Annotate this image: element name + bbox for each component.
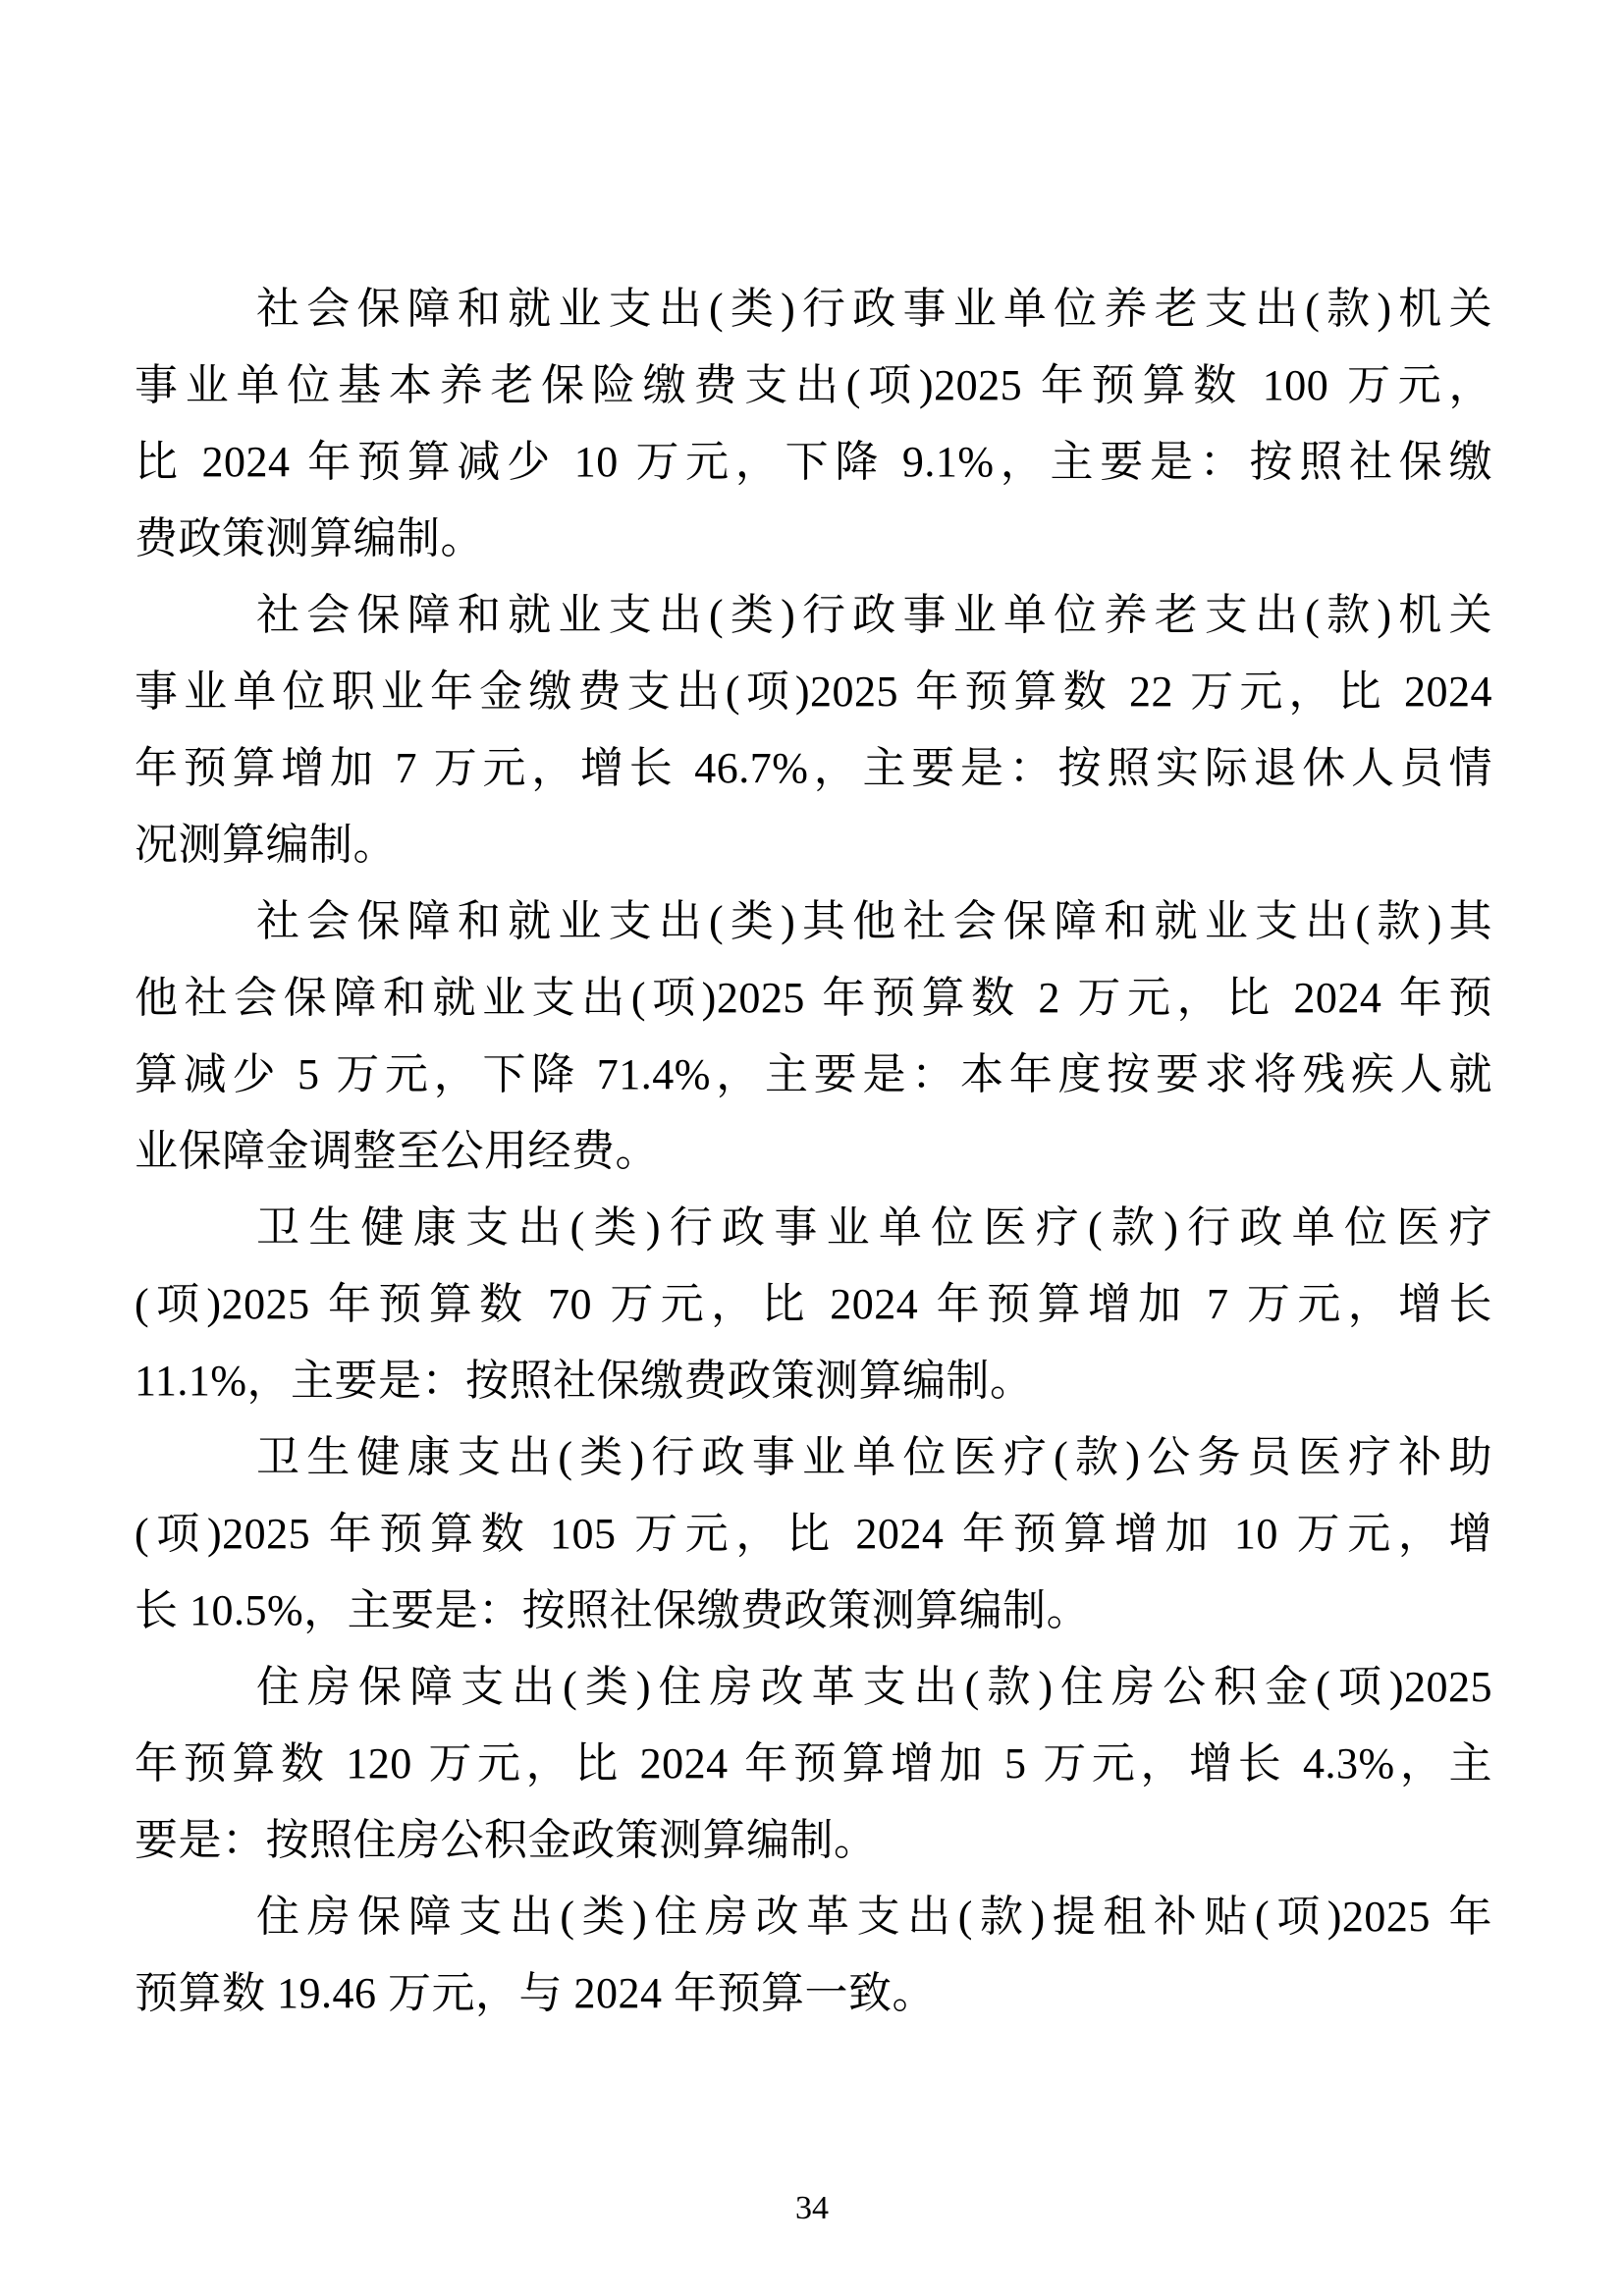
text-line: 事业单位基本养老保险缴费支出(项)2025 年预算数 100 万元， bbox=[135, 347, 1492, 424]
text-line: 社会保障和就业支出(类)行政事业单位养老支出(款)机关 bbox=[135, 577, 1492, 654]
text-line: 住房保障支出(类)住房改革支出(款)提租补贴(项)2025 年 bbox=[135, 1879, 1492, 1955]
page-footer: 34 bbox=[0, 2187, 1624, 2230]
document-page: 社会保障和就业支出(类)行政事业单位养老支出(款)机关事业单位基本养老保险缴费支… bbox=[0, 0, 1624, 2296]
text-line: 预算数 19.46 万元，与 2024 年预算一致。 bbox=[135, 1955, 1492, 2032]
text-line: 比 2024 年预算减少 10 万元，下降 9.1%，主要是：按照社保缴 bbox=[135, 424, 1492, 501]
text-line: 社会保障和就业支出(类)行政事业单位养老支出(款)机关 bbox=[135, 271, 1492, 347]
paragraph: 卫生健康支出(类)行政事业单位医疗(款)公务员医疗补助(项)2025 年预算数 … bbox=[135, 1419, 1492, 1649]
document-body: 社会保障和就业支出(类)行政事业单位养老支出(款)机关事业单位基本养老保险缴费支… bbox=[135, 271, 1492, 2032]
text-line: 费政策测算编制。 bbox=[135, 501, 1492, 577]
paragraph: 卫生健康支出(类)行政事业单位医疗(款)行政单位医疗(项)2025 年预算数 7… bbox=[135, 1190, 1492, 1419]
text-line: 住房保障支出(类)住房改革支出(款)住房公积金(项)2025 bbox=[135, 1649, 1492, 1726]
paragraph: 住房保障支出(类)住房改革支出(款)住房公积金(项)2025年预算数 120 万… bbox=[135, 1649, 1492, 1879]
paragraph: 社会保障和就业支出(类)其他社会保障和就业支出(款)其他社会保障和就业支出(项)… bbox=[135, 883, 1492, 1190]
text-line: 长 10.5%，主要是：按照社保缴费政策测算编制。 bbox=[135, 1573, 1492, 1649]
paragraph: 社会保障和就业支出(类)行政事业单位养老支出(款)机关事业单位基本养老保险缴费支… bbox=[135, 271, 1492, 577]
text-line: 年预算数 120 万元，比 2024 年预算增加 5 万元，增长 4.3%，主 bbox=[135, 1726, 1492, 1802]
text-line: 况测算编制。 bbox=[135, 807, 1492, 883]
text-line: 社会保障和就业支出(类)其他社会保障和就业支出(款)其 bbox=[135, 883, 1492, 960]
text-line: (项)2025 年预算数 105 万元，比 2024 年预算增加 10 万元，增 bbox=[135, 1496, 1492, 1573]
page-number: 34 bbox=[795, 2190, 829, 2226]
text-line: 业保障金调整至公用经费。 bbox=[135, 1113, 1492, 1190]
text-line: 他社会保障和就业支出(项)2025 年预算数 2 万元，比 2024 年预 bbox=[135, 960, 1492, 1037]
paragraph: 社会保障和就业支出(类)行政事业单位养老支出(款)机关事业单位职业年金缴费支出(… bbox=[135, 577, 1492, 883]
text-line: 算减少 5 万元，下降 71.4%，主要是：本年度按要求将残疾人就 bbox=[135, 1037, 1492, 1113]
text-line: 卫生健康支出(类)行政事业单位医疗(款)行政单位医疗 bbox=[135, 1190, 1492, 1266]
text-line: (项)2025 年预算数 70 万元，比 2024 年预算增加 7 万元，增长 bbox=[135, 1266, 1492, 1343]
text-line: 卫生健康支出(类)行政事业单位医疗(款)公务员医疗补助 bbox=[135, 1419, 1492, 1496]
paragraph: 住房保障支出(类)住房改革支出(款)提租补贴(项)2025 年预算数 19.46… bbox=[135, 1879, 1492, 2032]
text-line: 要是：按照住房公积金政策测算编制。 bbox=[135, 1802, 1492, 1879]
text-line: 11.1%，主要是：按照社保缴费政策测算编制。 bbox=[135, 1343, 1492, 1419]
text-line: 事业单位职业年金缴费支出(项)2025 年预算数 22 万元，比 2024 bbox=[135, 654, 1492, 730]
text-line: 年预算增加 7 万元，增长 46.7%，主要是：按照实际退休人员情 bbox=[135, 730, 1492, 807]
